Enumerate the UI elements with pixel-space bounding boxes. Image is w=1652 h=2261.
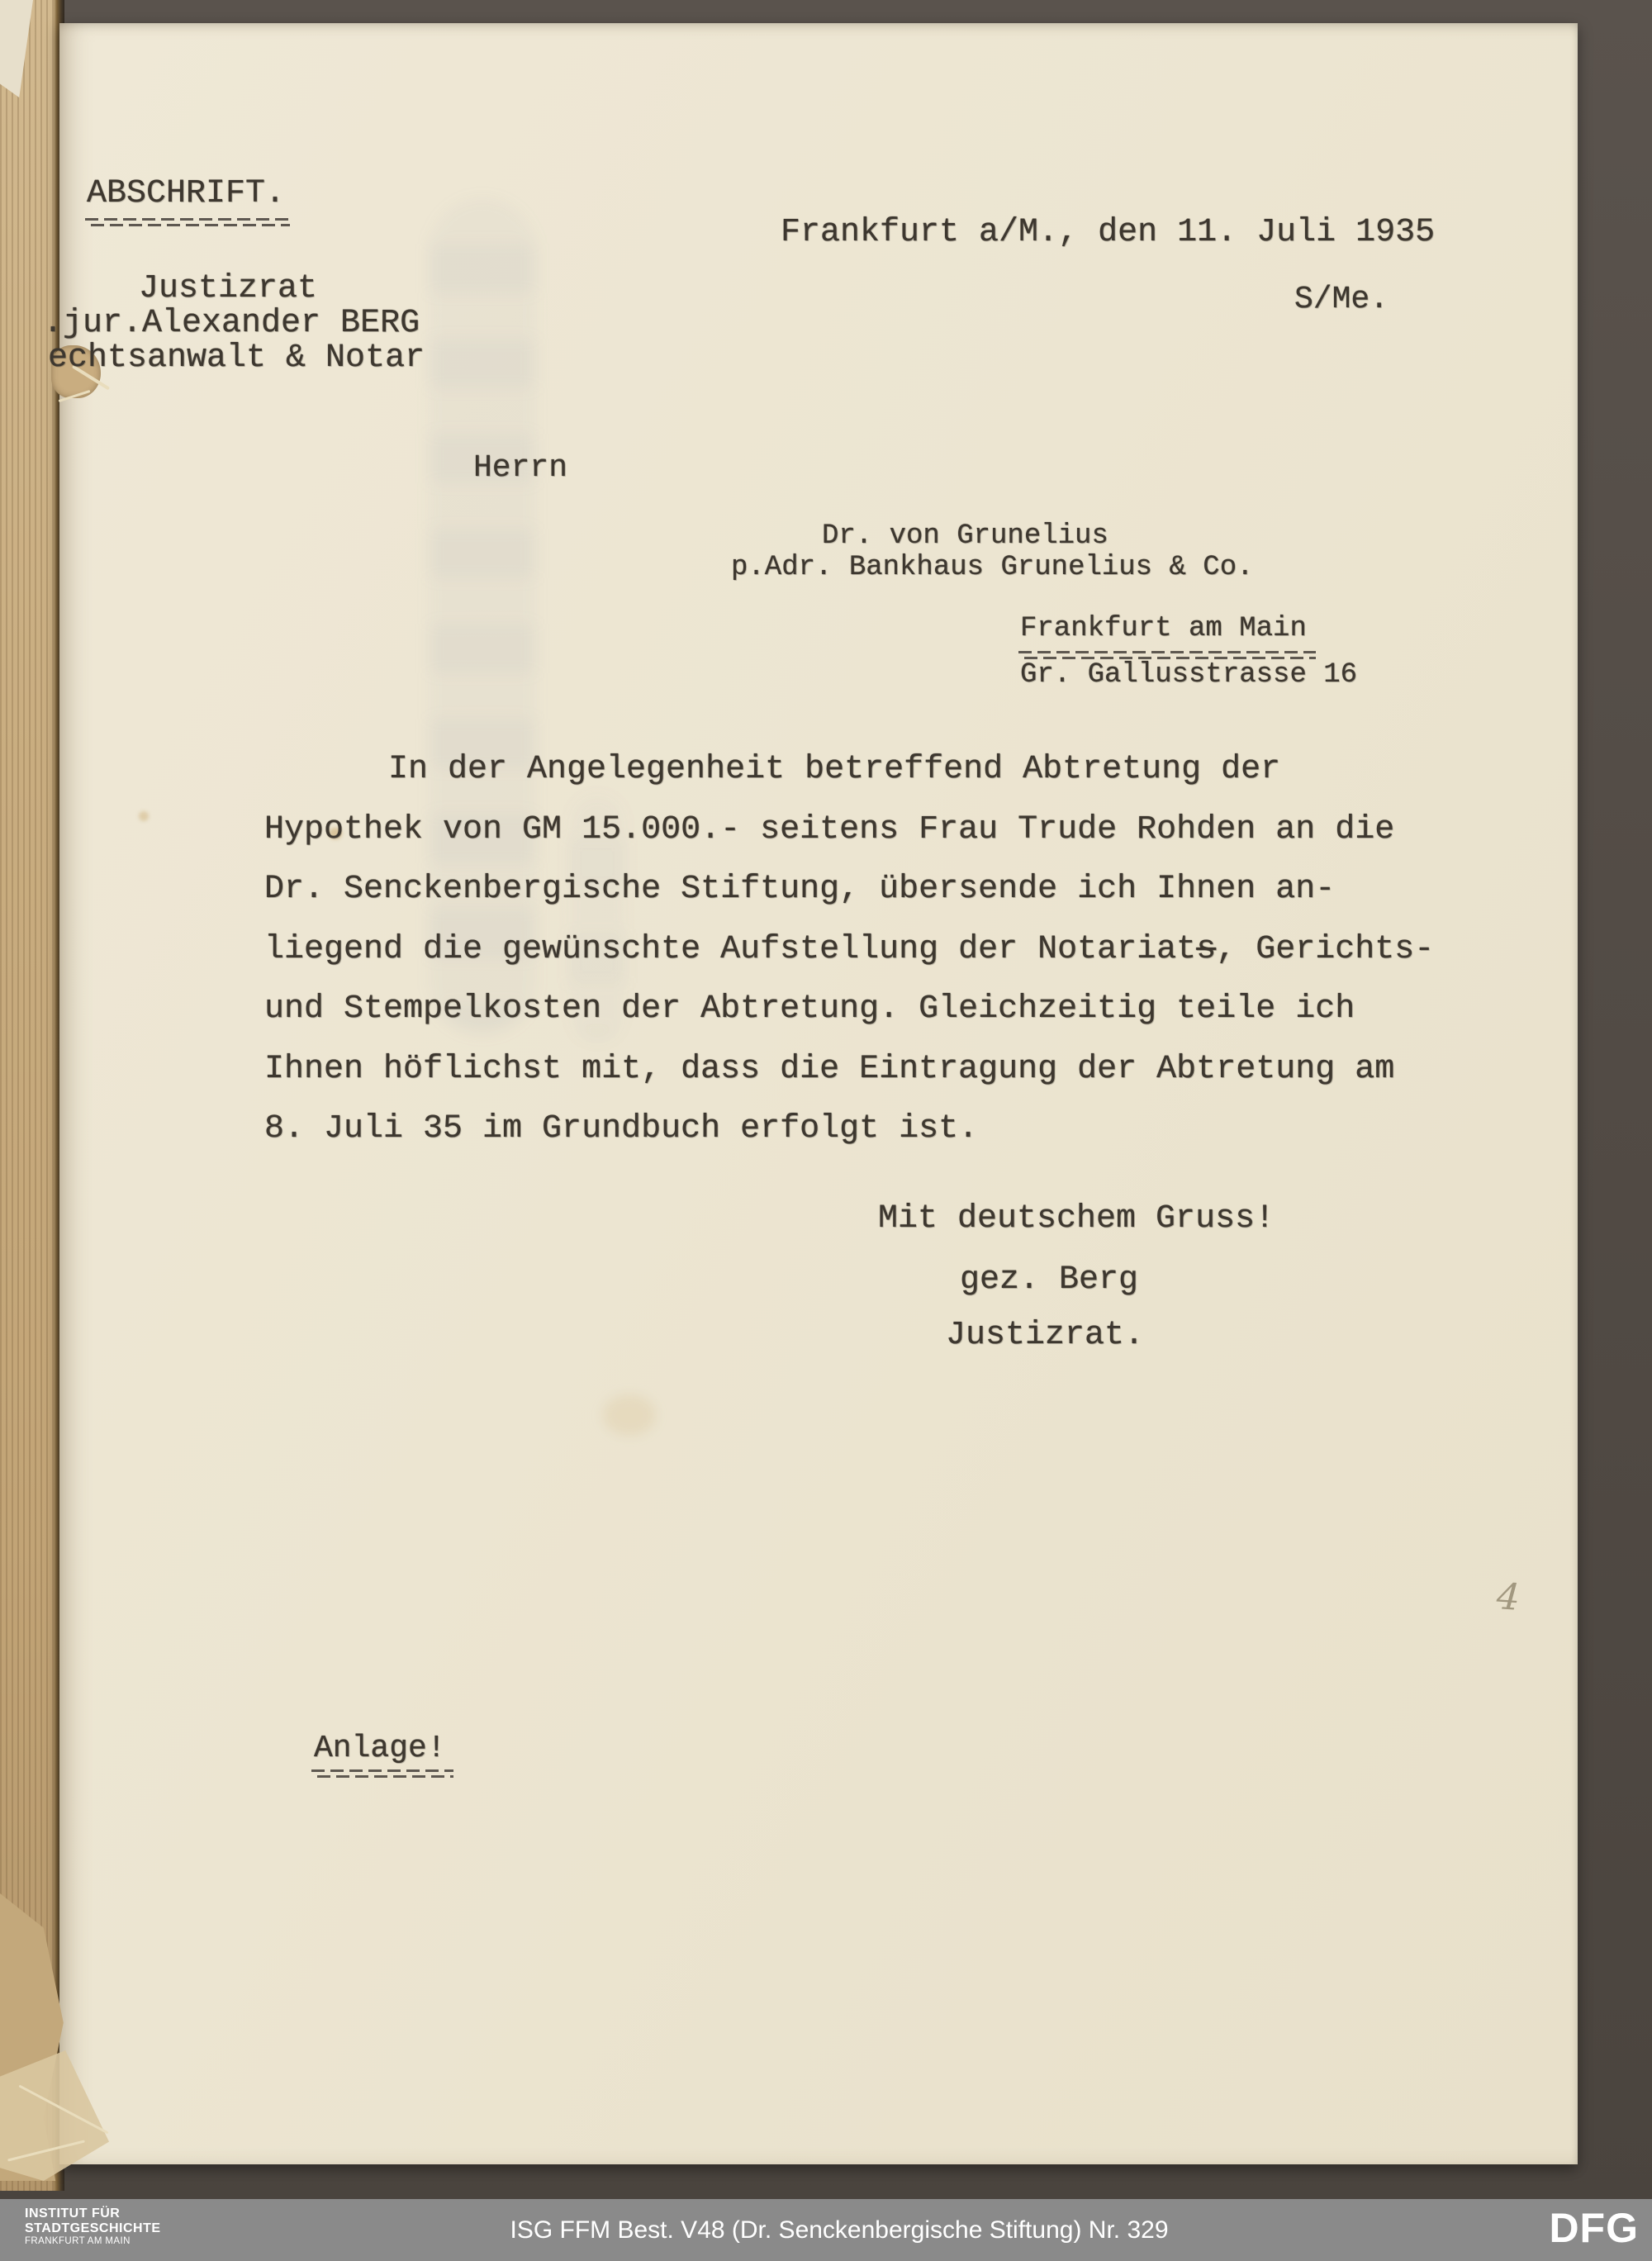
letterhead-name: .jur.Alexander BERG — [43, 307, 420, 340]
archive-reference: ISG FFM Best. V48 (Dr. Senckenbergische … — [510, 2216, 1168, 2244]
paper-stain — [603, 1394, 656, 1436]
body-line-7: 8. Juli 35 im Grundbuch erfolgt ist. — [264, 1113, 978, 1146]
reference-initials: S/Me. — [1294, 284, 1389, 316]
handwritten-page-number: 4 — [1495, 1575, 1521, 1619]
body-line-4: liegend die gewünschte Aufstellung der N… — [264, 933, 1434, 967]
recipient-company: p.Adr. Bankhaus Grunelius & Co. — [731, 553, 1254, 582]
institution-line-2: STADTGESCHICHTE — [25, 2221, 161, 2236]
body-line-6: Ihnen höflichst mit, dass die Eintragung… — [264, 1053, 1394, 1086]
recipient-city-underline — [1018, 651, 1316, 659]
institution-line-3: FRANKFURT AM MAIN — [25, 2236, 161, 2247]
enclosure-note: Anlage! — [314, 1733, 446, 1765]
enclosure-underline — [311, 1769, 453, 1778]
recipient-salutation: Herrn — [473, 453, 567, 484]
heading-abschrift: ABSCHRIFT. — [87, 178, 285, 211]
institution-line-1: INSTITUT FÜR — [25, 2206, 161, 2221]
closing-signature: gez. Berg — [960, 1264, 1138, 1297]
heading-underline — [85, 218, 290, 226]
letterhead-profession: echtsanwalt & Notar — [48, 342, 425, 375]
paper-stain — [139, 811, 149, 821]
dfg-logo: DFG — [1549, 2207, 1639, 2249]
archive-footer-bar: INSTITUT FÜR STADTGESCHICHTE FRANKFURT A… — [0, 2199, 1652, 2261]
dateline: Frankfurt a/M., den 11. Juli 1935 — [781, 216, 1435, 249]
archive-scan: ABSCHRIFT. Frankfurt a/M., den 11. Juli … — [0, 0, 1652, 2261]
institution-logo: INSTITUT FÜR STADTGESCHICHTE FRANKFURT A… — [25, 2206, 161, 2247]
letterhead-title: Justizrat — [139, 273, 317, 306]
recipient-name: Dr. von Grunelius — [822, 522, 1108, 550]
body-line-4-overstrike: s — [1196, 931, 1216, 968]
body-line-5: und Stempelkosten der Abtretung. Gleichz… — [264, 993, 1355, 1026]
recipient-city: Frankfurt am Main — [1020, 615, 1307, 643]
closing-title: Justizrat. — [946, 1319, 1144, 1352]
body-line-3: Dr. Senckenbergische Stiftung, übersende… — [264, 873, 1335, 906]
body-line-2: Hypothek von GM 15.000.- seitens Frau Tr… — [264, 814, 1394, 847]
closing-salute: Mit deutschem Gruss! — [878, 1203, 1275, 1236]
body-line-1: In der Angelegenheit betreffend Abtretun… — [388, 753, 1280, 786]
body-line-4-pre: liegend die gewünschte Aufstellung der N… — [264, 931, 1196, 968]
body-line-4-post: , Gerichts- — [1216, 931, 1434, 968]
recipient-street: Gr. Gallusstrasse 16 — [1020, 661, 1357, 689]
